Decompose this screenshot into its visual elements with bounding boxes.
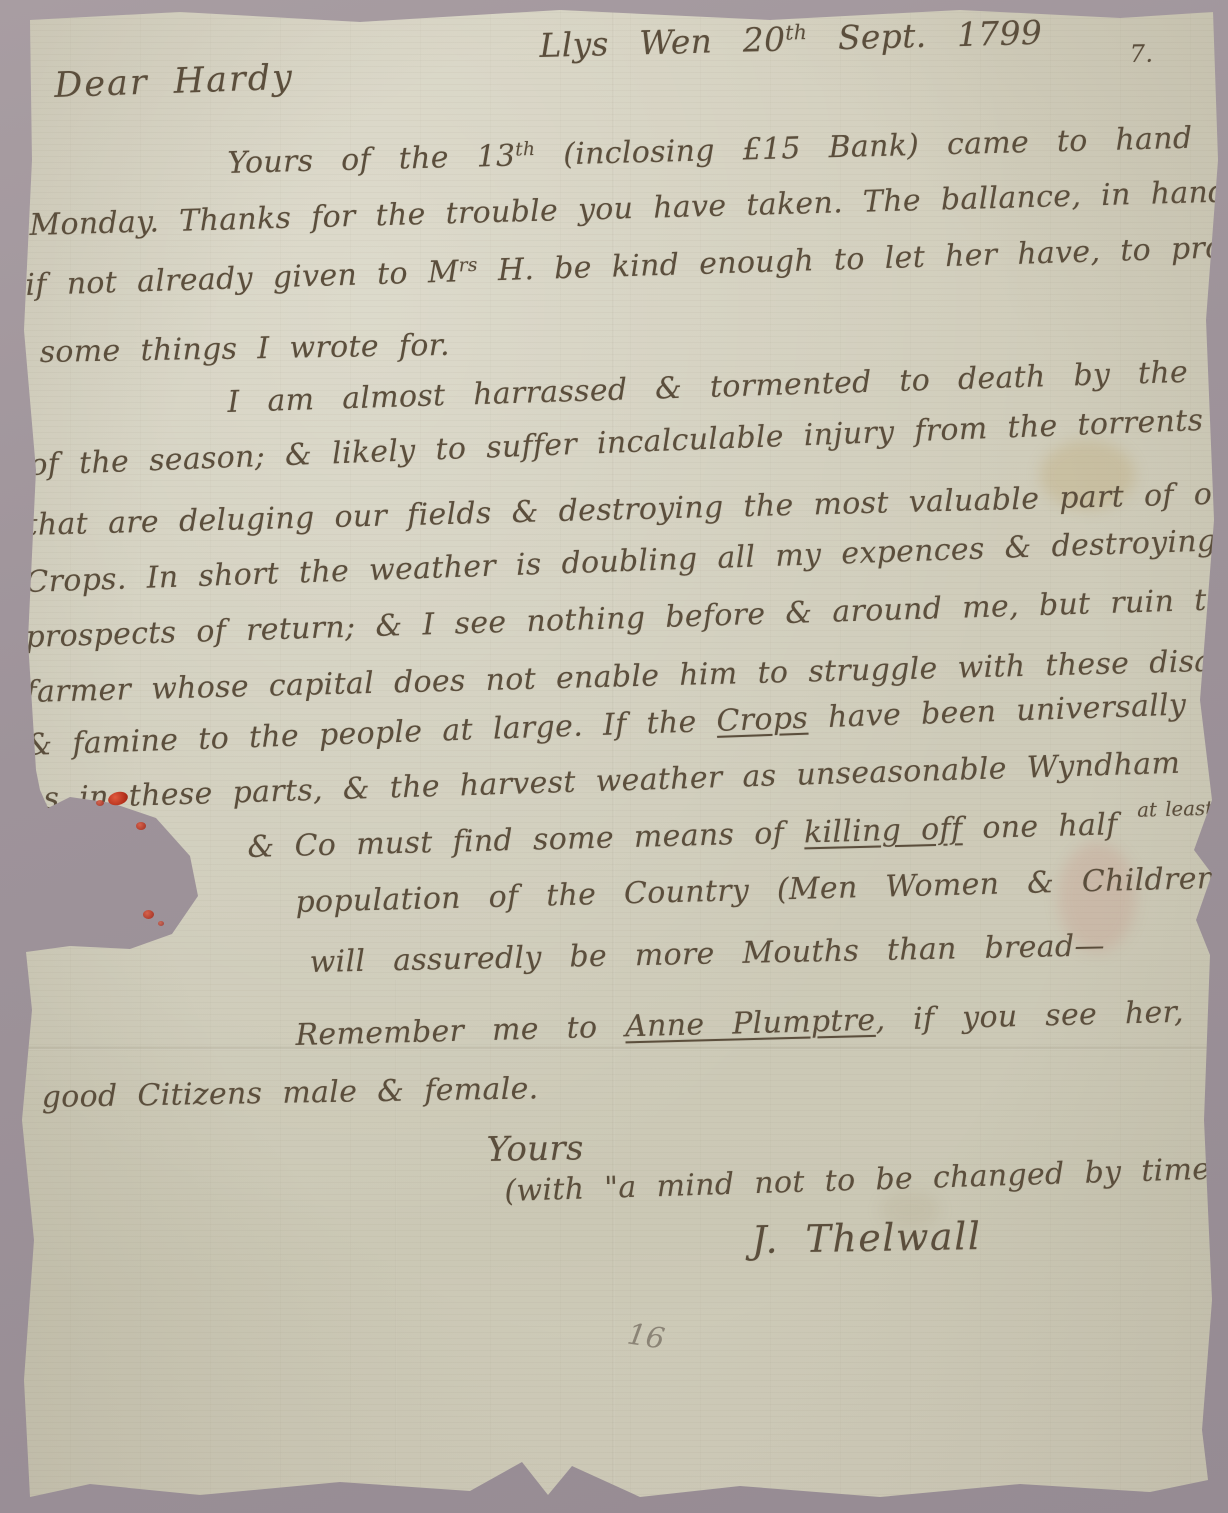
wax-seal-remnant bbox=[143, 910, 154, 919]
caret-mark: ‸ bbox=[1210, 816, 1219, 842]
underlined-name-anne-plumptre: Anne Plumptre bbox=[625, 1003, 876, 1045]
para1-line4: some things I wrote for. bbox=[39, 328, 450, 370]
signature: J. Thelwall bbox=[751, 1214, 982, 1262]
interlinear-insertion: at least bbox=[1137, 797, 1214, 822]
manuscript-scan: Llys Wen 20th Sept. 1799 7. Dear Hardy Y… bbox=[0, 0, 1228, 1513]
fold-crease-vertical-2 bbox=[395, 980, 397, 1513]
abbreviation-superscript: rs bbox=[458, 255, 478, 277]
underlined-word-crops: Crops bbox=[716, 701, 809, 739]
closing-yours: Yours bbox=[486, 1128, 584, 1170]
dateline-month-year: Sept. 1799 bbox=[807, 13, 1043, 58]
pencil-folio-number: 16 bbox=[625, 1316, 667, 1355]
wax-seal-remnant bbox=[158, 921, 164, 926]
ordinal-superscript: th bbox=[515, 139, 536, 161]
underlined-phrase-killing-off: killing off bbox=[804, 811, 963, 850]
fold-crease-vertical bbox=[612, 0, 615, 1513]
page-number: 7. bbox=[1130, 40, 1154, 68]
wax-seal-remnant bbox=[96, 800, 104, 806]
para2-line9-mid: one half bbox=[962, 807, 1138, 847]
dateline-place-date: Llys Wen 20 bbox=[539, 20, 786, 65]
wax-seal-remnant bbox=[136, 822, 146, 830]
salutation: Dear Hardy bbox=[54, 58, 295, 106]
ordinal-superscript: th bbox=[785, 20, 808, 45]
letter-paper: Llys Wen 20th Sept. 1799 7. Dear Hardy Y… bbox=[0, 0, 1228, 1513]
para2-line9-post: of the bbox=[1218, 801, 1228, 839]
